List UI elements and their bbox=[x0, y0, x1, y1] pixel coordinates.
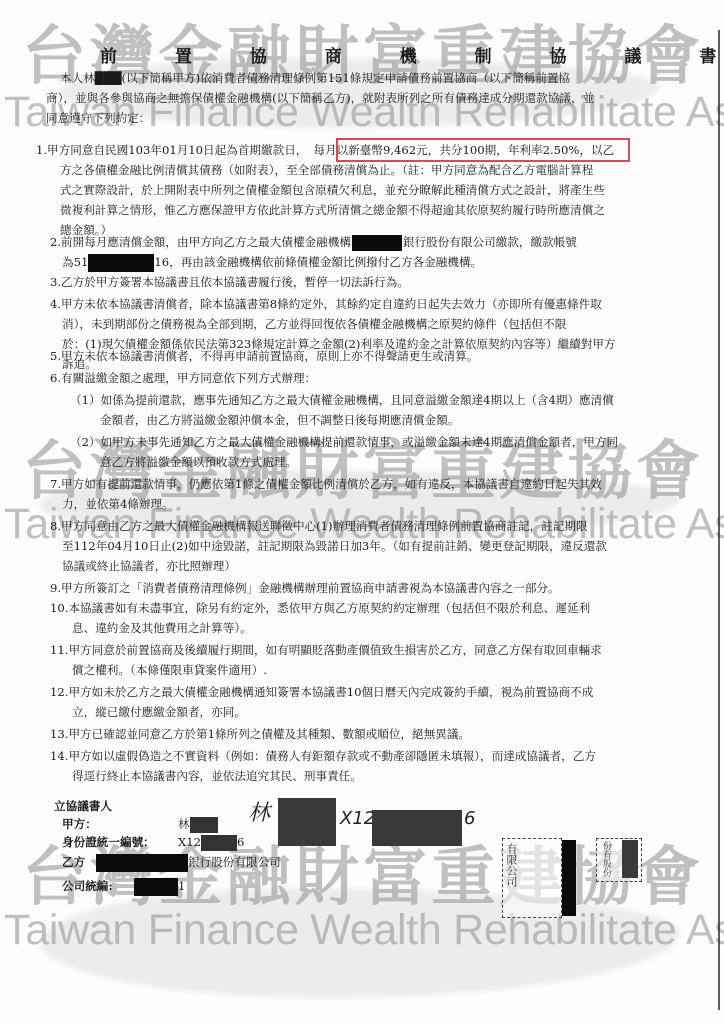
redacted-signature bbox=[278, 798, 336, 846]
clause-14-line: 得逕行終止本協議書內容，並依法追究其民、刑事責任。 bbox=[72, 766, 362, 786]
redacted-account-number bbox=[88, 254, 154, 272]
highlight-box bbox=[336, 138, 630, 162]
clause-2: 2.前開每月應清償金額，由甲方向乙方之最大債權金融機構銀行股份有限公司繳款，繳款… bbox=[50, 232, 577, 252]
clause-5: 5.甲方未依本協議書清償者，不得再申請前置協商，原則上亦不得聲請更生或清算。 bbox=[50, 346, 478, 366]
clause-12-line: 立，縱已繳付應繳金額者，亦同。 bbox=[72, 702, 246, 722]
company-id-label: 公司統編: bbox=[62, 876, 113, 896]
clause-9: 9.甲方所簽訂之「消費者債務清理條例」金融機構辦理前置協商申請書視為本協議書內容… bbox=[50, 578, 560, 598]
intro-line: 商），並與各參與協商之無擔保債權金融機構(以下簡稱乙方)，就附表所列之所有債務達… bbox=[46, 88, 594, 108]
id-number-value: X126 bbox=[178, 832, 244, 852]
redacted-bank-name bbox=[96, 854, 188, 872]
redacted-handwritten-id bbox=[372, 810, 462, 846]
clause-1-line: 方之各債權金融比例清償其債務（如附表），至全部債務清償為止。（註：甲方同意為配合… bbox=[60, 160, 593, 180]
clause-10-line: 息、違約金及其他費用之計算等）。 bbox=[72, 618, 252, 638]
watermark-english: Taiwan Finance Wealth Rehabilitate Assoc… bbox=[4, 906, 724, 955]
redacted-stamp bbox=[622, 840, 638, 878]
party-b-label: 乙方 bbox=[62, 852, 85, 872]
clause-1-line: 微複利計算之情形，惟乙方應保證甲方依此計算方式所清償之總金額不得超逾其依原契約履… bbox=[60, 200, 605, 220]
clause-1-line: 式之實際設計，於上開附表中所列之債權金額包含原積欠利息，並充分瞭解此種清償方式之… bbox=[60, 180, 605, 200]
clause-14: 14.甲方如以虛假偽造之不實資料（例如：債務人有鉅額存款或不動產卻隱匿未填報），… bbox=[50, 746, 596, 766]
scan-edge bbox=[718, 30, 720, 1010]
clause-4: 4.甲方未依本協議書清償者，除本協議書第8條約定外，其餘約定自違約日起失去效力（… bbox=[50, 294, 602, 314]
handwritten-id-suffix: 6 bbox=[464, 808, 475, 829]
clause-2-line: 為5116，再由該金融機構依前條債權金額比例撥付乙方各金融機構。 bbox=[62, 252, 482, 272]
redacted-bank-name bbox=[352, 235, 402, 251]
clause-4-line: 消），未到期部份之債務視為全部到期，乙方並得回復依各債權金融機構之原契約條件（包… bbox=[62, 314, 566, 334]
clause-6: 6.有關溢繳金額之處理，甲方同意依下列方式辦理： bbox=[50, 368, 316, 388]
handwritten-id-prefix: X12 bbox=[340, 808, 375, 829]
redacted-company-id bbox=[134, 878, 178, 896]
id-number-label: 身份證統一編號： bbox=[62, 832, 155, 852]
party-b-name: 銀行股份有限公司 bbox=[96, 852, 281, 872]
clause-6-sub-2-line: 意乙方將溢繳金額以預收款方式處理。 bbox=[100, 452, 297, 472]
clause-7-line: 力，並依第4條辦理。 bbox=[62, 494, 174, 514]
redacted-party-a-name bbox=[190, 817, 218, 833]
party-a-name: 林 bbox=[178, 814, 218, 834]
company-seal-stamp: 有限公司 bbox=[502, 838, 562, 918]
clause-6-sub-2: （2）如甲方未事先通知乙方之最大債權金融機構提前還款情事，或溢繳金額未達4期應清… bbox=[70, 432, 618, 452]
handwritten-signature: 林 bbox=[248, 796, 270, 827]
clause-11: 11.甲方同意於前置協商及後續履行期間，如有明顯貶落動產價值致生損害於乙方，同意… bbox=[50, 640, 602, 660]
clause-8-line: 至112年04月10日止(2)如中途毀諾，註記期限為毀諾日加3年。（如有提前註銷… bbox=[62, 536, 607, 556]
clause-11-line: 償之權利。（本條僅限車貸案件適用）. bbox=[72, 660, 267, 680]
company-id-value: 1 bbox=[134, 876, 185, 896]
intro-line: 同意遵守下列約定： bbox=[46, 108, 150, 128]
clause-10: 10.本協議書如有未盡事宜，除另有約定外，悉依甲方與乙方原契約約定辦理（包括但不… bbox=[50, 598, 590, 618]
title-main: 前 置 協 商 機 制 協 議 書 bbox=[100, 47, 724, 67]
redacted-id-number bbox=[201, 835, 237, 851]
clause-6-sub-1-line: 金額者，由乙方將溢繳金額沖償本金，但不調整日後每期應清償金額。 bbox=[100, 410, 459, 430]
clause-13: 13.甲方已確認並同意乙方於第1條所列之債權及其種類、數額或順位，絕無異議。 bbox=[50, 724, 470, 744]
clause-7: 7.甲方如有提前還款情事，仍應依第1條之債權金額比例清償於乙方，如有違反，本協議… bbox=[50, 474, 602, 494]
clause-12: 12.甲方如未於乙方之最大債權金融機構通知簽署本協議書10個日曆天內完成簽約手續… bbox=[50, 682, 593, 702]
document-title: 前 置 協 商 機 制 協 議 書(金融機構無擔保債權) bbox=[100, 42, 660, 67]
redacted-stamp bbox=[562, 840, 576, 916]
clause-3: 3.乙方於甲方簽署本協議書且依本協議書履行後，暫停一切法訴行為。 bbox=[50, 272, 409, 292]
signatories-heading: 立協議書人 bbox=[54, 796, 112, 816]
party-a-label: 甲方： bbox=[62, 814, 97, 834]
intro-line: 本人林███(以下簡稱甲方)依消費者債務清理條例第151條規定申請債務前置協商（… bbox=[60, 68, 570, 88]
clause-8: 8.甲方同意由乙方之最大債權金融機構報送聯徵中心(1)辦理消費者債務清理條例前置… bbox=[50, 516, 588, 536]
document-page: 台灣金融財富重建協會 Taiwan Finance Wealth Rehabil… bbox=[0, 0, 724, 1024]
watermark-brush bbox=[40, 888, 680, 998]
clause-6-sub-1: （1）如係為提前還款，應事先通知乙方之最大債權金融機構，且同意溢繳金額達4期以上… bbox=[70, 390, 614, 410]
clause-8-line: 協議或終止協議者，亦比照辦理） bbox=[62, 556, 236, 576]
